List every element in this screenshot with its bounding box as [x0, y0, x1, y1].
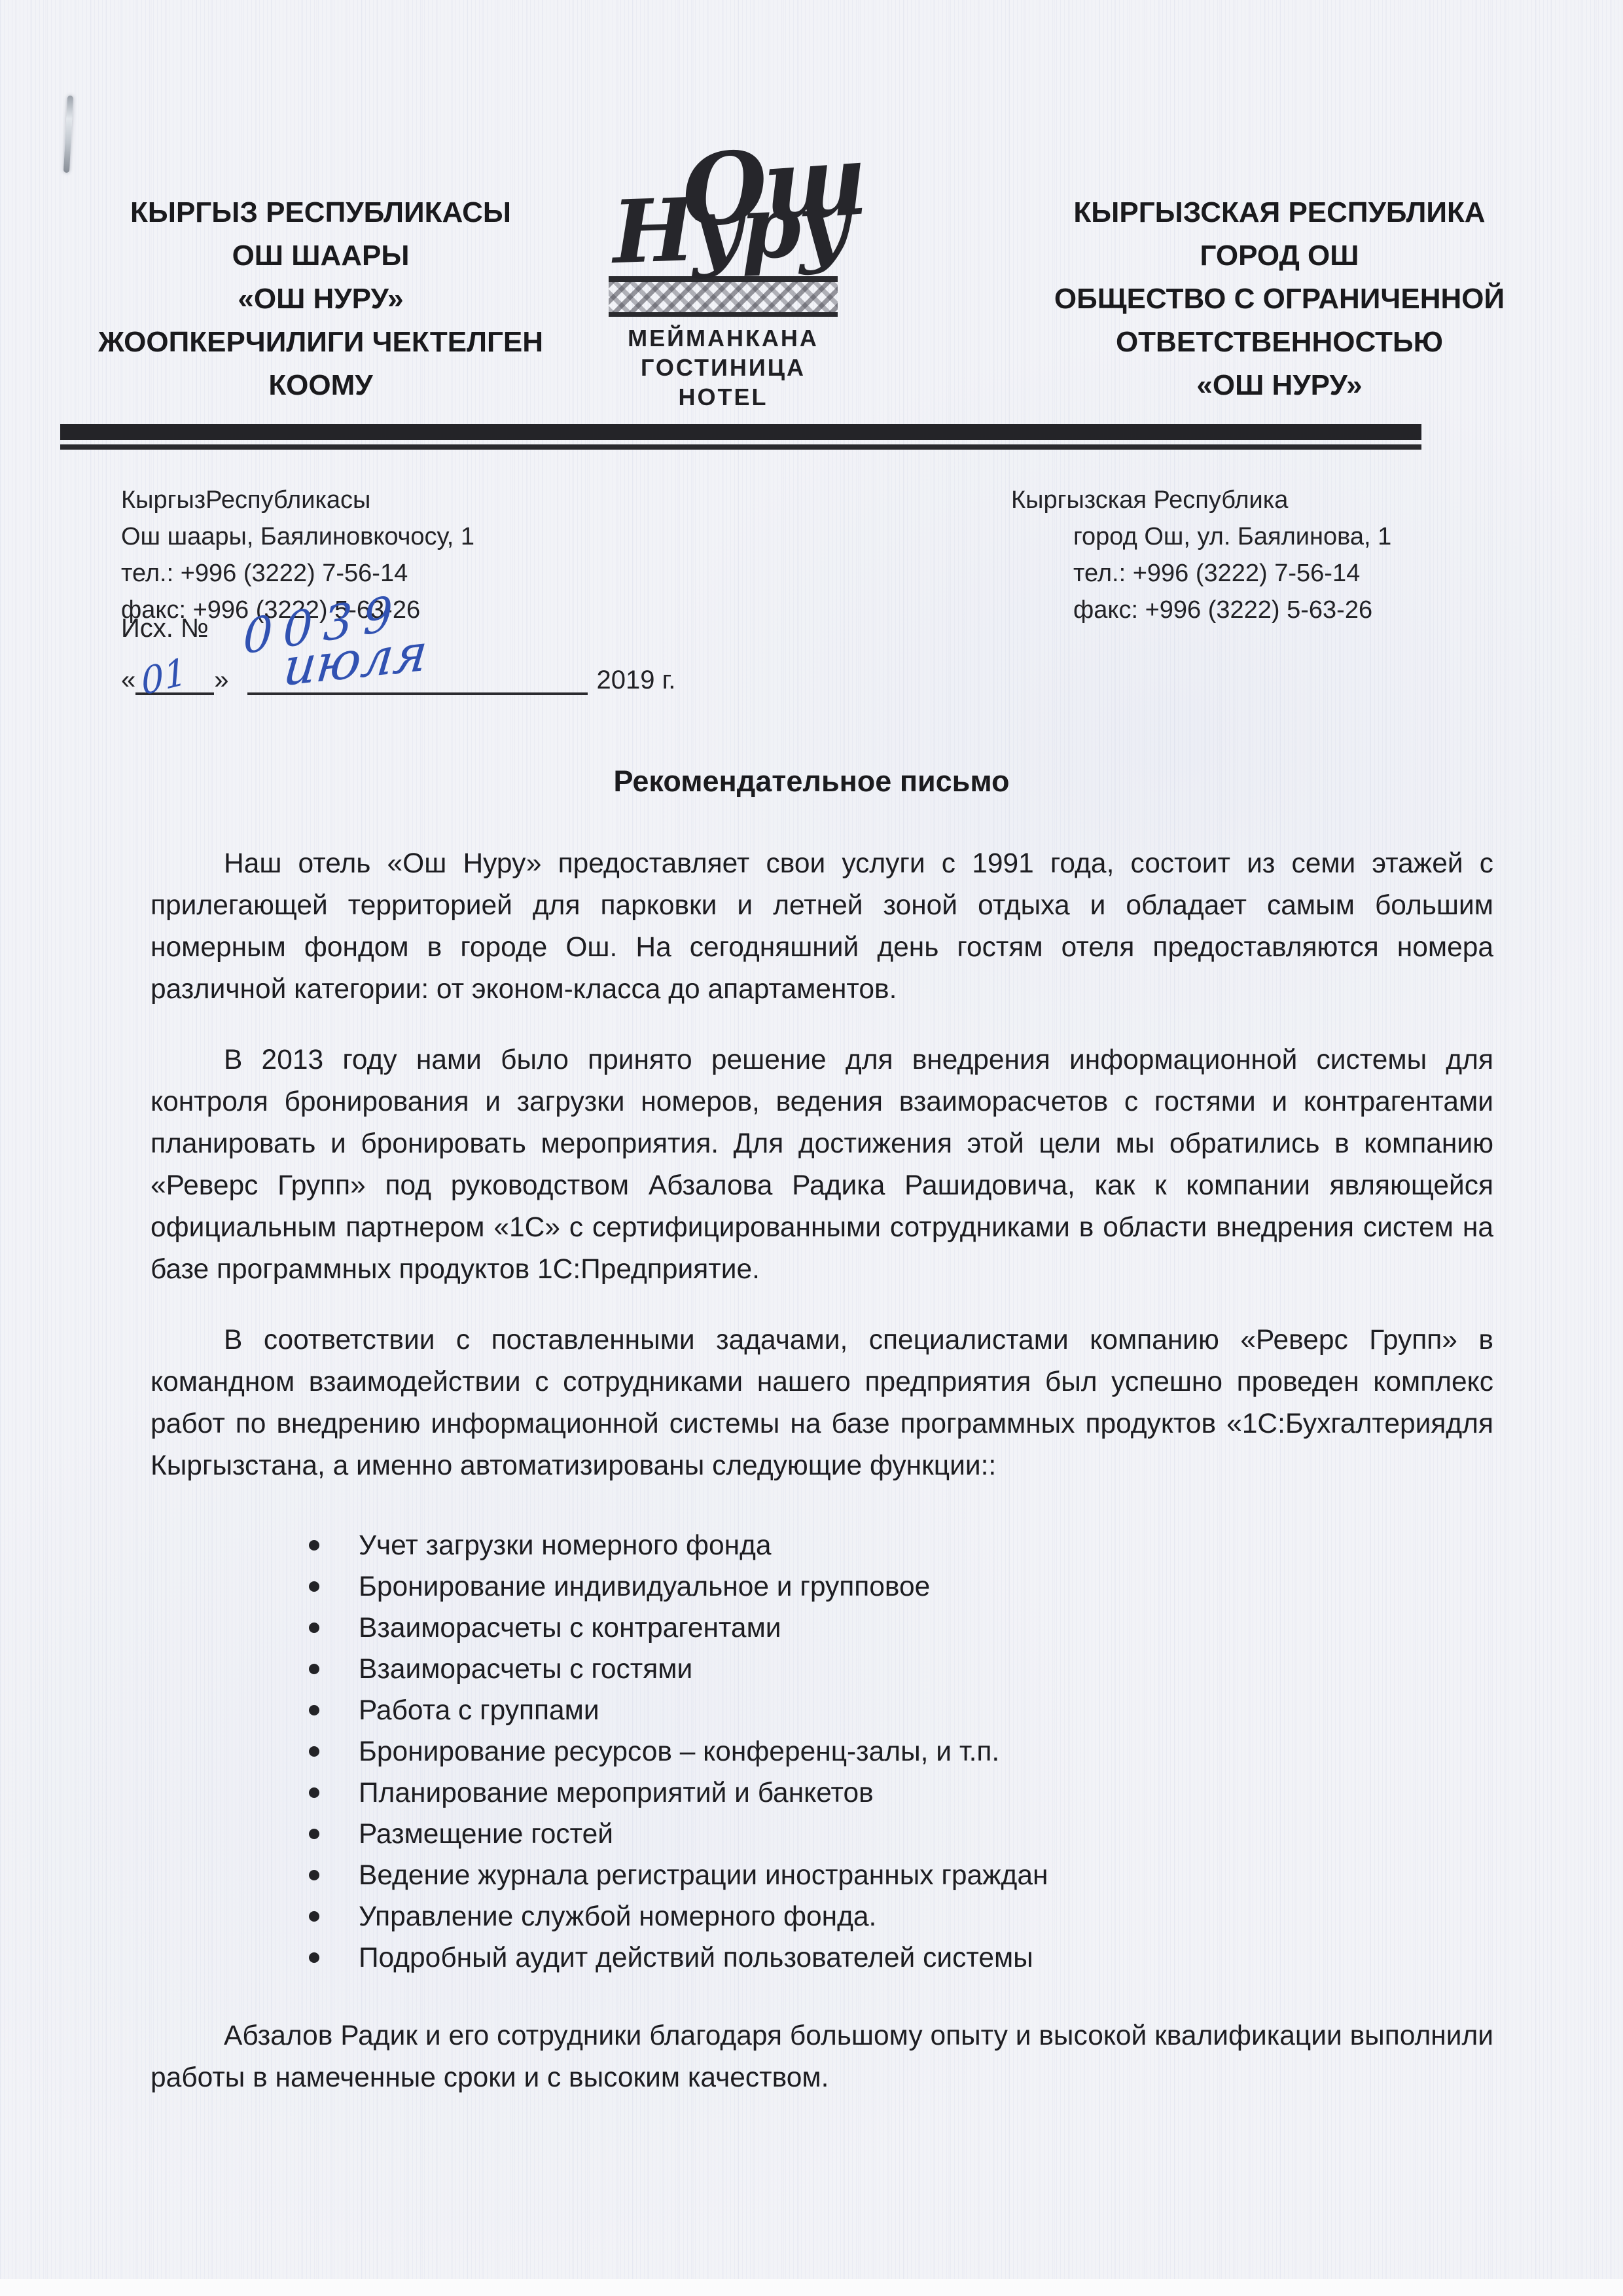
divider-thin-line	[60, 444, 1421, 450]
list-item: Взаиморасчеты с контрагентами	[308, 1607, 1493, 1649]
logo-subtitle: МЕЙМАНКАНА ГОСТИНИЦА HOTEL	[609, 323, 838, 412]
year-label: 2019 г.	[597, 666, 676, 694]
paragraph: Наш отель «Ош Нуру» предоставляет свои у…	[151, 843, 1493, 1011]
scanned-letter-page: КЫРГЫЗ РЕСПУБЛИКАСЫ ОШ ШААРЫ «ОШ НУРУ» Ж…	[0, 0, 1623, 2296]
list-item: Планирование мероприятий и банкетов	[308, 1772, 1493, 1814]
day-blank-underline: 01	[135, 665, 214, 695]
list-item: Учет загрузки номерного фонда	[308, 1525, 1493, 1566]
list-item: Ведение журнала регистрации иностранных …	[308, 1855, 1493, 1896]
letterhead-right-line: КЫРГЫЗСКАЯ РЕСПУБЛИКА	[1024, 191, 1535, 234]
staple-mark	[63, 96, 73, 173]
letterhead-left-line: КООМУ	[85, 364, 556, 407]
date-line: «01»июля2019 г.	[121, 665, 675, 711]
quote-close: »	[214, 666, 228, 694]
letterhead-right-line: ГОРОД ОШ	[1024, 234, 1535, 278]
handwritten-day: 01	[139, 650, 189, 704]
letterhead-divider	[60, 424, 1421, 450]
letterhead-right-line: ОБЩЕСТВО С ОГРАНИЧЕННОЙ	[1024, 278, 1535, 321]
outgoing-number-label: Исх. №	[121, 614, 209, 643]
closing-paragraph: Абзалов Радик и его сотрудники благодаря…	[151, 2015, 1493, 2099]
list-item: Размещение гостей	[308, 1814, 1493, 1855]
automated-functions-list: Учет загрузки номерного фонда Бронирован…	[308, 1525, 1493, 1979]
contact-line: тел.: +996 (3222) 7-56-14	[121, 555, 474, 592]
logo-subtitle-line: МЕЙМАНКАНА	[609, 323, 838, 353]
logo-script-nuru: Нуру	[611, 174, 849, 283]
divider-thick-line	[60, 424, 1421, 440]
letterhead-right-line: «ОШ НУРУ»	[1024, 364, 1535, 407]
list-item: Управление службой номерного фонда.	[308, 1896, 1493, 1937]
letter-title: Рекомендательное письмо	[0, 764, 1623, 798]
letterhead-left-block: КЫРГЫЗ РЕСПУБЛИКАСЫ ОШ ШААРЫ «ОШ НУРУ» Ж…	[85, 191, 556, 407]
letterhead-left-line: ЖООПКЕРЧИЛИГИ ЧЕКТЕЛГЕН	[85, 321, 556, 364]
paragraph: В 2013 году нами было принято решение дл…	[151, 1039, 1493, 1291]
contact-line: тел.: +996 (3222) 7-56-14	[1073, 555, 1443, 592]
contact-line: город Ош, ул. Баялинова, 1	[1073, 518, 1443, 555]
list-item: Бронирование индивидуальное и групповое	[308, 1566, 1493, 1607]
letterhead-right-block: КЫРГЫЗСКАЯ РЕСПУБЛИКА ГОРОД ОШ ОБЩЕСТВО …	[1024, 191, 1535, 407]
letterhead-right-line: ОТВЕТСТВЕННОСТЬЮ	[1024, 321, 1535, 364]
letterhead-left-line: КЫРГЫЗ РЕСПУБЛИКАСЫ	[85, 191, 556, 234]
contact-line: Кыргызская Республика	[1011, 482, 1443, 518]
contact-line: факс: +996 (3222) 5-63-26	[1073, 592, 1443, 628]
list-item: Работа с группами	[308, 1690, 1493, 1731]
contact-line: КыргызРеспубликасы	[121, 482, 474, 518]
outgoing-reference-block: Исх. № 0039 «01»июля2019 г.	[121, 614, 675, 711]
letter-body: Наш отель «Ош Нуру» предоставляет свои у…	[151, 843, 1493, 2099]
month-blank-underline: июля	[247, 665, 588, 695]
letterhead-left-line: «ОШ НУРУ»	[85, 278, 556, 321]
list-item: Подробный аудит действий пользователей с…	[308, 1937, 1493, 1979]
hotel-logo: Ош Нуру МЕЙМАНКАНА ГОСТИНИЦА HOTEL	[609, 137, 838, 412]
logo-subtitle-line: HOTEL	[609, 382, 838, 412]
list-item: Взаиморасчеты с гостями	[308, 1649, 1493, 1690]
logo-subtitle-line: ГОСТИНИЦА	[609, 353, 838, 382]
contact-line: Ош шаары, Баялиновкочосу, 1	[121, 518, 474, 555]
list-item: Бронирование ресурсов – конференц-залы, …	[308, 1731, 1493, 1772]
logo-script-lettering: Ош Нуру	[609, 137, 838, 274]
contacts-right-block: Кыргызская Республика город Ош, ул. Баял…	[1011, 482, 1443, 628]
paragraph: В соответствии с поставленными задачами,…	[151, 1319, 1493, 1487]
letterhead-left-line: ОШ ШААРЫ	[85, 234, 556, 278]
quote-open: «	[121, 666, 135, 694]
